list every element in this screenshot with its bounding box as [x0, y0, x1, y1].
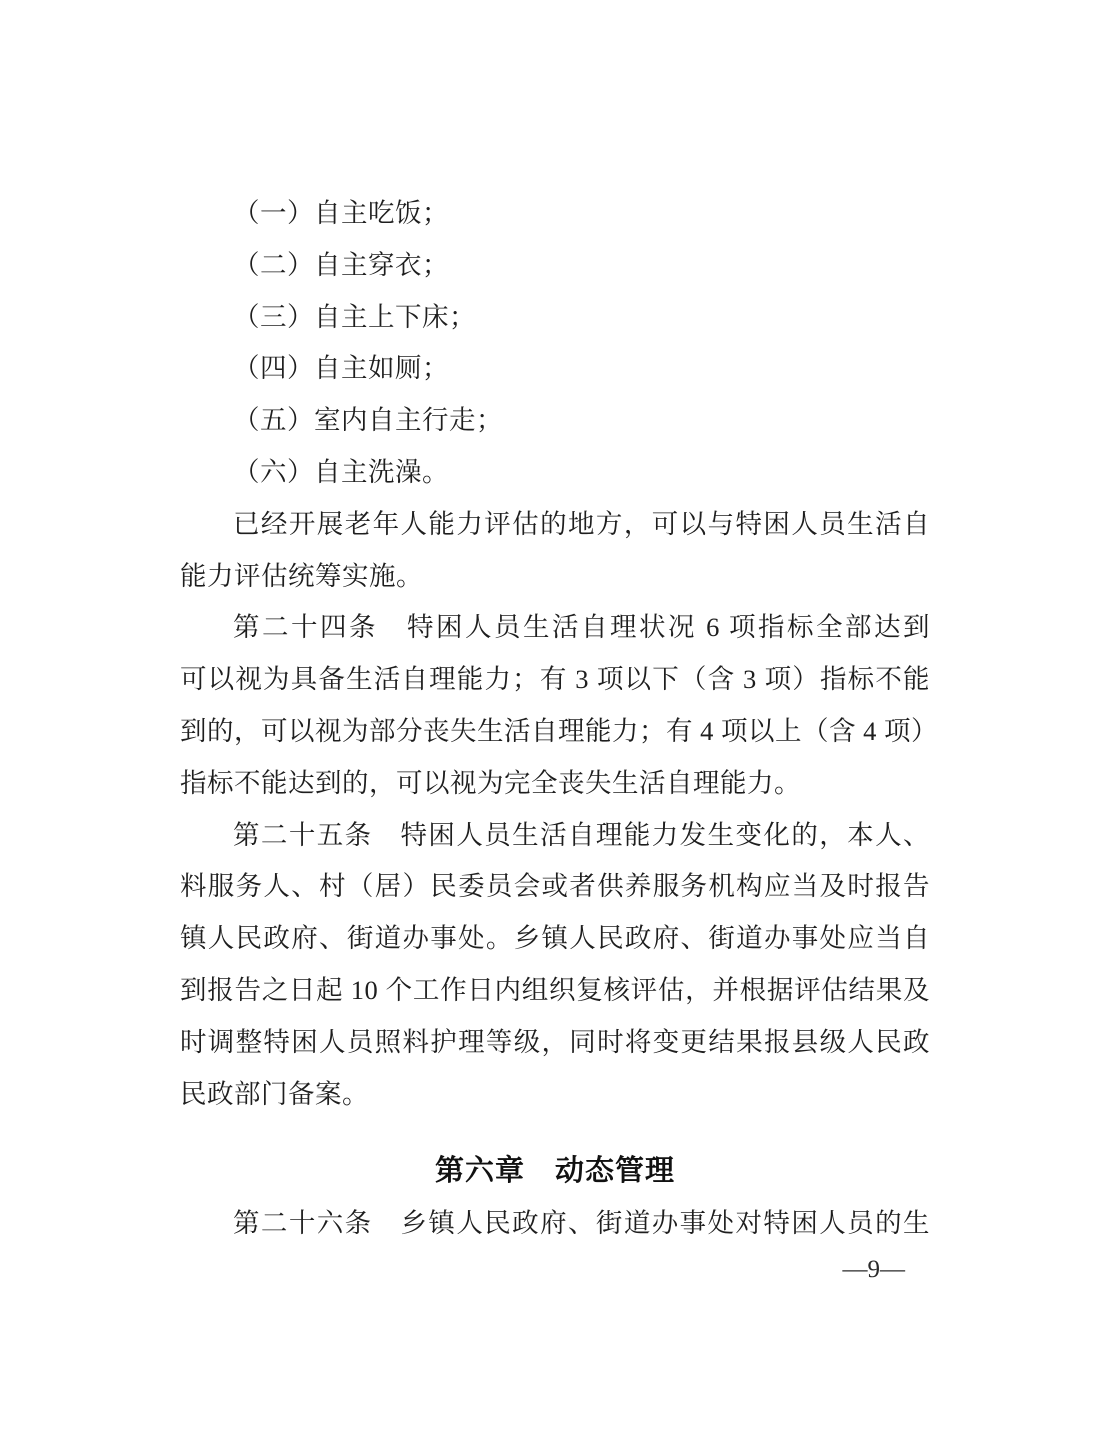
article-26-line: 第二十六条 乡镇人民政府、街道办事处对特困人员的生活状 [180, 1198, 930, 1250]
text-line: 料服务人、村（居）民委员会或者供养服务机构应当及时报告乡 [180, 861, 930, 913]
list-item-line: （四）自主如厕； [180, 343, 930, 395]
list-item-line: （六）自主洗澡。 [180, 447, 930, 499]
list-item-line: （一）自主吃饭； [180, 188, 930, 240]
page-number: —9— [843, 1253, 906, 1287]
text-line: 到的，可以视为部分丧失生活自理能力；有 4 项以上（含 4 项） [180, 706, 930, 758]
article-24-line: 第二十四条 特困人员生活自理状况 6 项指标全部达到的， [180, 602, 930, 654]
text-line: 已经开展老年人能力评估的地方，可以与特困人员生活自理 [180, 499, 930, 551]
text-line: 能力评估统筹实施。 [180, 551, 930, 603]
list-item-line: （三）自主上下床； [180, 292, 930, 344]
list-item-line: （五）室内自主行走； [180, 395, 930, 447]
body-text: （一）自主吃饭； （二）自主穿衣； （三）自主上下床； （四）自主如厕； （五）… [180, 188, 930, 1250]
chapter-heading: 第六章 动态管理 [180, 1146, 930, 1198]
text-line: 可以视为具备生活自理能力；有 3 项以下（含 3 项）指标不能达 [180, 654, 930, 706]
document-page: （一）自主吃饭； （二）自主穿衣； （三）自主上下床； （四）自主如厕； （五）… [0, 0, 1105, 1430]
text-line: 时调整特困人员照料护理等级，同时将变更结果报县级人民政府 [180, 1017, 930, 1069]
text-line: 民政部门备案。 [180, 1069, 930, 1121]
text-line: 到报告之日起 10 个工作日内组织复核评估，并根据评估结果及 [180, 965, 930, 1017]
article-25-line: 第二十五条 特困人员生活自理能力发生变化的，本人、照 [180, 810, 930, 862]
text-line: 镇人民政府、街道办事处。乡镇人民政府、街道办事处应当自接 [180, 913, 930, 965]
list-item-line: （二）自主穿衣； [180, 240, 930, 292]
text-line: 指标不能达到的，可以视为完全丧失生活自理能力。 [180, 758, 930, 810]
